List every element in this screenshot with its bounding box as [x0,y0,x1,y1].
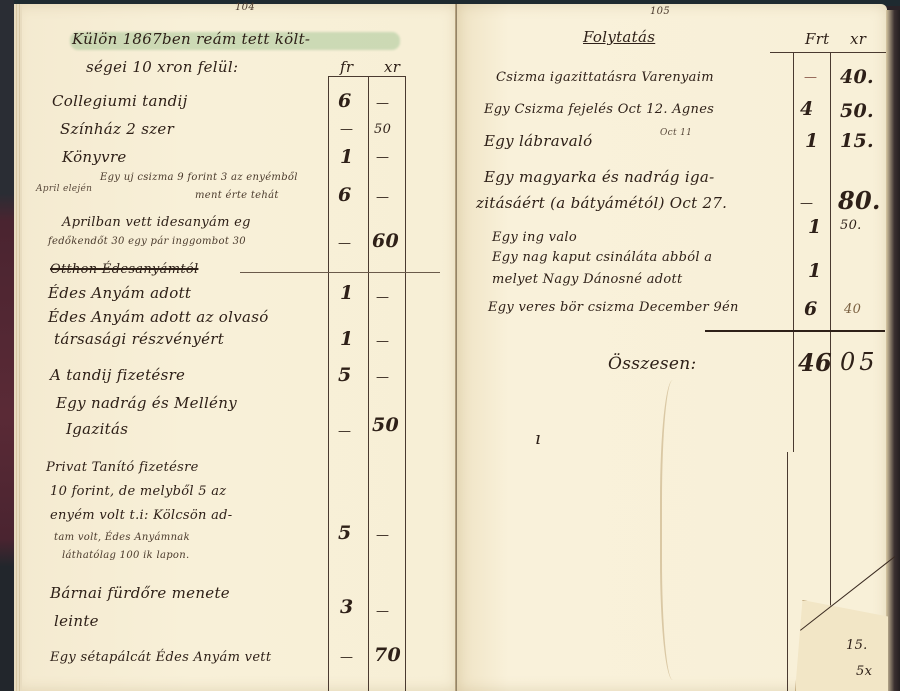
entry-text-line2: 10 forint, de melyből 5 az [50,484,226,499]
entry-fr: 6 [338,184,352,206]
entry-fr: 1 [340,282,354,304]
entry-text: Egy veres bör csizma December 9én [488,300,739,315]
entry-xr: 50. [840,100,874,122]
right-col-line-2-lower [830,452,831,612]
entry-fr: — [338,236,351,251]
entry-fr: 5 [338,522,352,544]
entry-xr: — [376,290,389,305]
right-col-header-xr: xr [850,30,866,48]
entry-text: Egy Csizma fejelés Oct 12. Agnes [484,102,714,117]
book-cover-spine [0,0,14,691]
entry-fr: 1 [340,328,354,350]
entry-xr: — [376,96,389,111]
entry-text: Egy lábravaló [484,132,592,150]
entry-text-struck: Otthon Édesanyámtól [50,262,198,277]
entry-text-line2: zitásáért (a bátyámétól) Oct 27. [476,194,727,212]
entry-fr: 5 [338,364,352,386]
entry-text: Színház 2 szer [60,120,174,138]
entry-fr: — [338,424,351,439]
entry-fr: 1 [808,260,822,282]
entry-xr: 40 [844,302,861,317]
left-col-line-1 [328,76,329,691]
entry-text-line1: Egy uj csizma 9 forint 3 az enyémből [100,172,298,183]
entry-text-line2: leinte [54,612,99,630]
entry-xr: — [376,370,389,385]
right-page-number: 105 [650,6,670,17]
entry-fr: 6 [804,298,818,320]
entry-fr: — [804,70,817,85]
entry-text: A tandij fizetésre [50,366,185,384]
entry-text-line1: Egy magyarka és nadrág iga- [484,168,715,186]
entry-text-line1: Privat Tanító fizetésre [46,460,199,475]
entry-xr: — [376,528,389,543]
entry-fr: — [800,196,813,211]
entry-text: Egy ing valo [492,230,577,245]
entry-xr: — [376,190,389,205]
entry-text-line2: társasági részvényért [54,330,224,348]
entry-text-line4: tam volt, Édes Anyámnak [54,532,190,543]
entry-fr: 3 [340,596,354,618]
entry-text-line2: fedőkendőt 30 egy pár inggombot 30 [48,236,246,247]
entry-fr: 6 [338,90,352,112]
left-page-number: 104 [235,2,255,13]
left-col-header-xr: xr [384,58,400,76]
total-xr: 05 [840,348,879,376]
entry-xr: — [376,150,389,165]
entry-fr: 1 [805,130,819,152]
entry-fr: 1 [340,146,354,168]
entry-fr: 4 [800,98,814,120]
folded-corner-text-1: 15. [846,638,868,653]
total-rule [705,330,885,332]
folded-corner-text-2: 5x [856,664,872,679]
entry-xr: 50 [374,122,391,137]
left-col-header-fr: fr [340,58,353,76]
right-page-edge [886,10,900,691]
ink-blot: ı [535,428,541,449]
entry-text-line2: ment érte tehát [195,190,279,201]
total-label: Összesen: [608,354,697,374]
right-col-line-1 [793,52,794,452]
entry-xr: 70 [374,644,401,666]
left-page-edge [14,4,22,691]
entry-text: Collegiumi tandij [52,92,188,110]
entry-xr: 80. [838,186,881,215]
entry-text-line1: Egy nag kaput csináláta abból a [492,250,712,265]
entry-fr: — [340,122,353,137]
divider-line [240,272,440,273]
entry-text: Könyvre [62,148,127,166]
entry-text: Egy sétapálcát Édes Anyám vett [50,650,271,665]
entry-text-line3: enyém volt t.i: Kölcsön ad- [50,508,232,523]
entry-text-line2: melyet Nagy Dánosné adott [492,272,683,287]
entry-text-line5: láthatólag 100 ik lapon. [62,550,189,561]
entry-xr: 40. [840,66,874,88]
left-col-line-3 [405,76,406,691]
entry-text-line1: Édes Anyám adott az olvasó [48,308,269,326]
right-col-header-fr: Frt [805,30,830,48]
right-heading: Folytatás [583,28,655,46]
entry-fr: 1 [808,216,822,238]
left-col-line-2 [368,76,369,691]
entry-xr: — [376,334,389,349]
entry-text: Csizma igazittatásra Varenyaim [496,70,714,85]
right-header-line [770,52,886,53]
entry-text: Édes Anyám adott [48,284,191,302]
entry-side-note: April elején [36,184,92,194]
entry-xr: 50. [840,218,862,233]
left-heading-line2: ségei 10 xron felül: [86,58,238,76]
entry-text-line1: Aprilban vett idesanyám eg [62,215,251,230]
entry-xr: — [376,604,389,619]
right-col-line-1-lower [787,452,788,691]
entry-note: Oct 11 [660,128,692,138]
left-heading-line1: Külön 1867ben reám tett költ- [72,30,310,48]
page-crease [660,380,692,680]
entry-text-line1: Bárnai fürdőre menete [50,584,230,602]
entry-xr: 15. [840,130,874,152]
entry-xr: 60 [372,230,399,252]
entry-text-line2: Igazitás [66,420,128,438]
entry-text-line1: Egy nadrág és Mellény [56,394,237,412]
left-col-top-line [328,76,405,77]
entry-fr: — [340,650,353,665]
total-fr: 46 [798,348,832,377]
entry-xr: 50 [372,414,399,436]
right-col-line-2 [830,52,831,452]
